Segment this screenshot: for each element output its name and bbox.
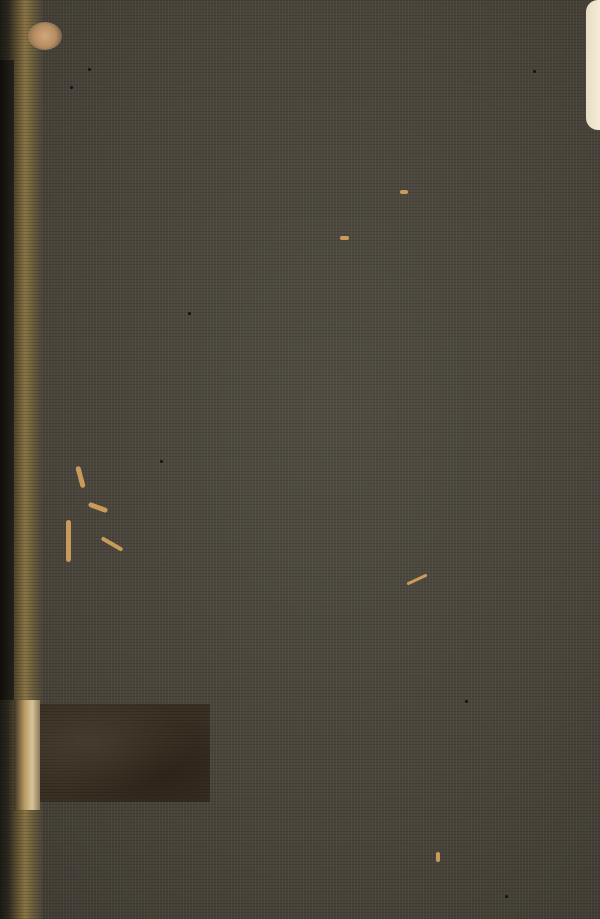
wormhole: [188, 312, 191, 315]
insect-damage-mark: [66, 520, 71, 562]
insect-damage-mark: [101, 536, 124, 551]
book-cover: [0, 0, 600, 919]
insect-damage-mark: [75, 466, 86, 489]
wormhole: [88, 68, 91, 71]
corner-wear: [28, 22, 62, 50]
label-remnant-stripe: [14, 700, 40, 810]
spine-shadow: [0, 60, 14, 700]
wormhole: [160, 460, 163, 463]
wormhole: [533, 70, 536, 73]
insect-damage-mark: [400, 190, 408, 194]
page-edge: [586, 0, 600, 130]
insect-damage-mark: [406, 573, 427, 585]
insect-damage-mark: [88, 502, 109, 514]
wormhole: [70, 86, 73, 89]
wormhole: [505, 895, 508, 898]
insect-damage-mark: [436, 852, 440, 862]
wormhole: [465, 700, 468, 703]
removed-label-patch: [40, 704, 210, 802]
insect-damage-mark: [340, 236, 349, 240]
